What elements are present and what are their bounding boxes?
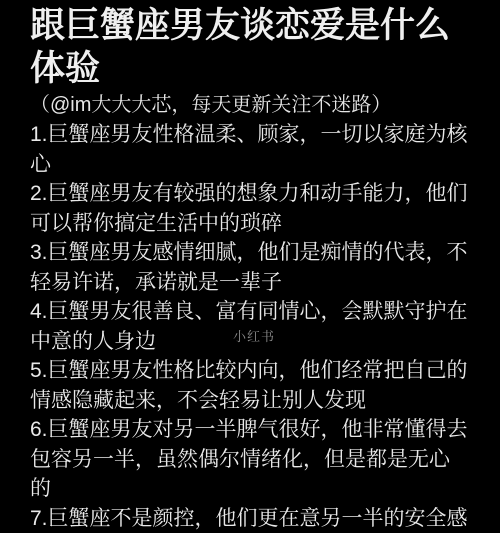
list-item: 7.巨蟹座不是颜控，他们更在意另一半的安全感 bbox=[30, 504, 470, 533]
post-title: 跟巨蟹座男友谈恋爱是什么体验 bbox=[30, 4, 470, 90]
list-item: 3.巨蟹座男友感情细腻，他们是痴情的代表，不轻易许诺，承诺就是一辈子 bbox=[30, 238, 470, 297]
list-item: 6.巨蟹座男友对另一半脾气很好，他非常懂得去包容另一半，虽然偶尔情绪化，但是都是… bbox=[30, 415, 470, 504]
list-item: 5.巨蟹座男友性格比较内向，他们经常把自己的情感隐藏起来，不会轻易让别人发现 bbox=[30, 356, 470, 415]
post-subtitle: （@im大大大芯，每天更新关注不迷路） bbox=[30, 90, 470, 120]
list-item: 2.巨蟹座男友有较强的想象力和动手能力，他们可以帮你搞定生活中的琐碎 bbox=[30, 179, 470, 238]
xiaohongshu-watermark: 小红书 bbox=[233, 326, 275, 345]
post-image: 跟巨蟹座男友谈恋爱是什么体验 （@im大大大芯，每天更新关注不迷路） 1.巨蟹座… bbox=[0, 0, 500, 533]
list-item: 1.巨蟹座男友性格温柔、顾家，一切以家庭为核心 bbox=[30, 120, 470, 179]
